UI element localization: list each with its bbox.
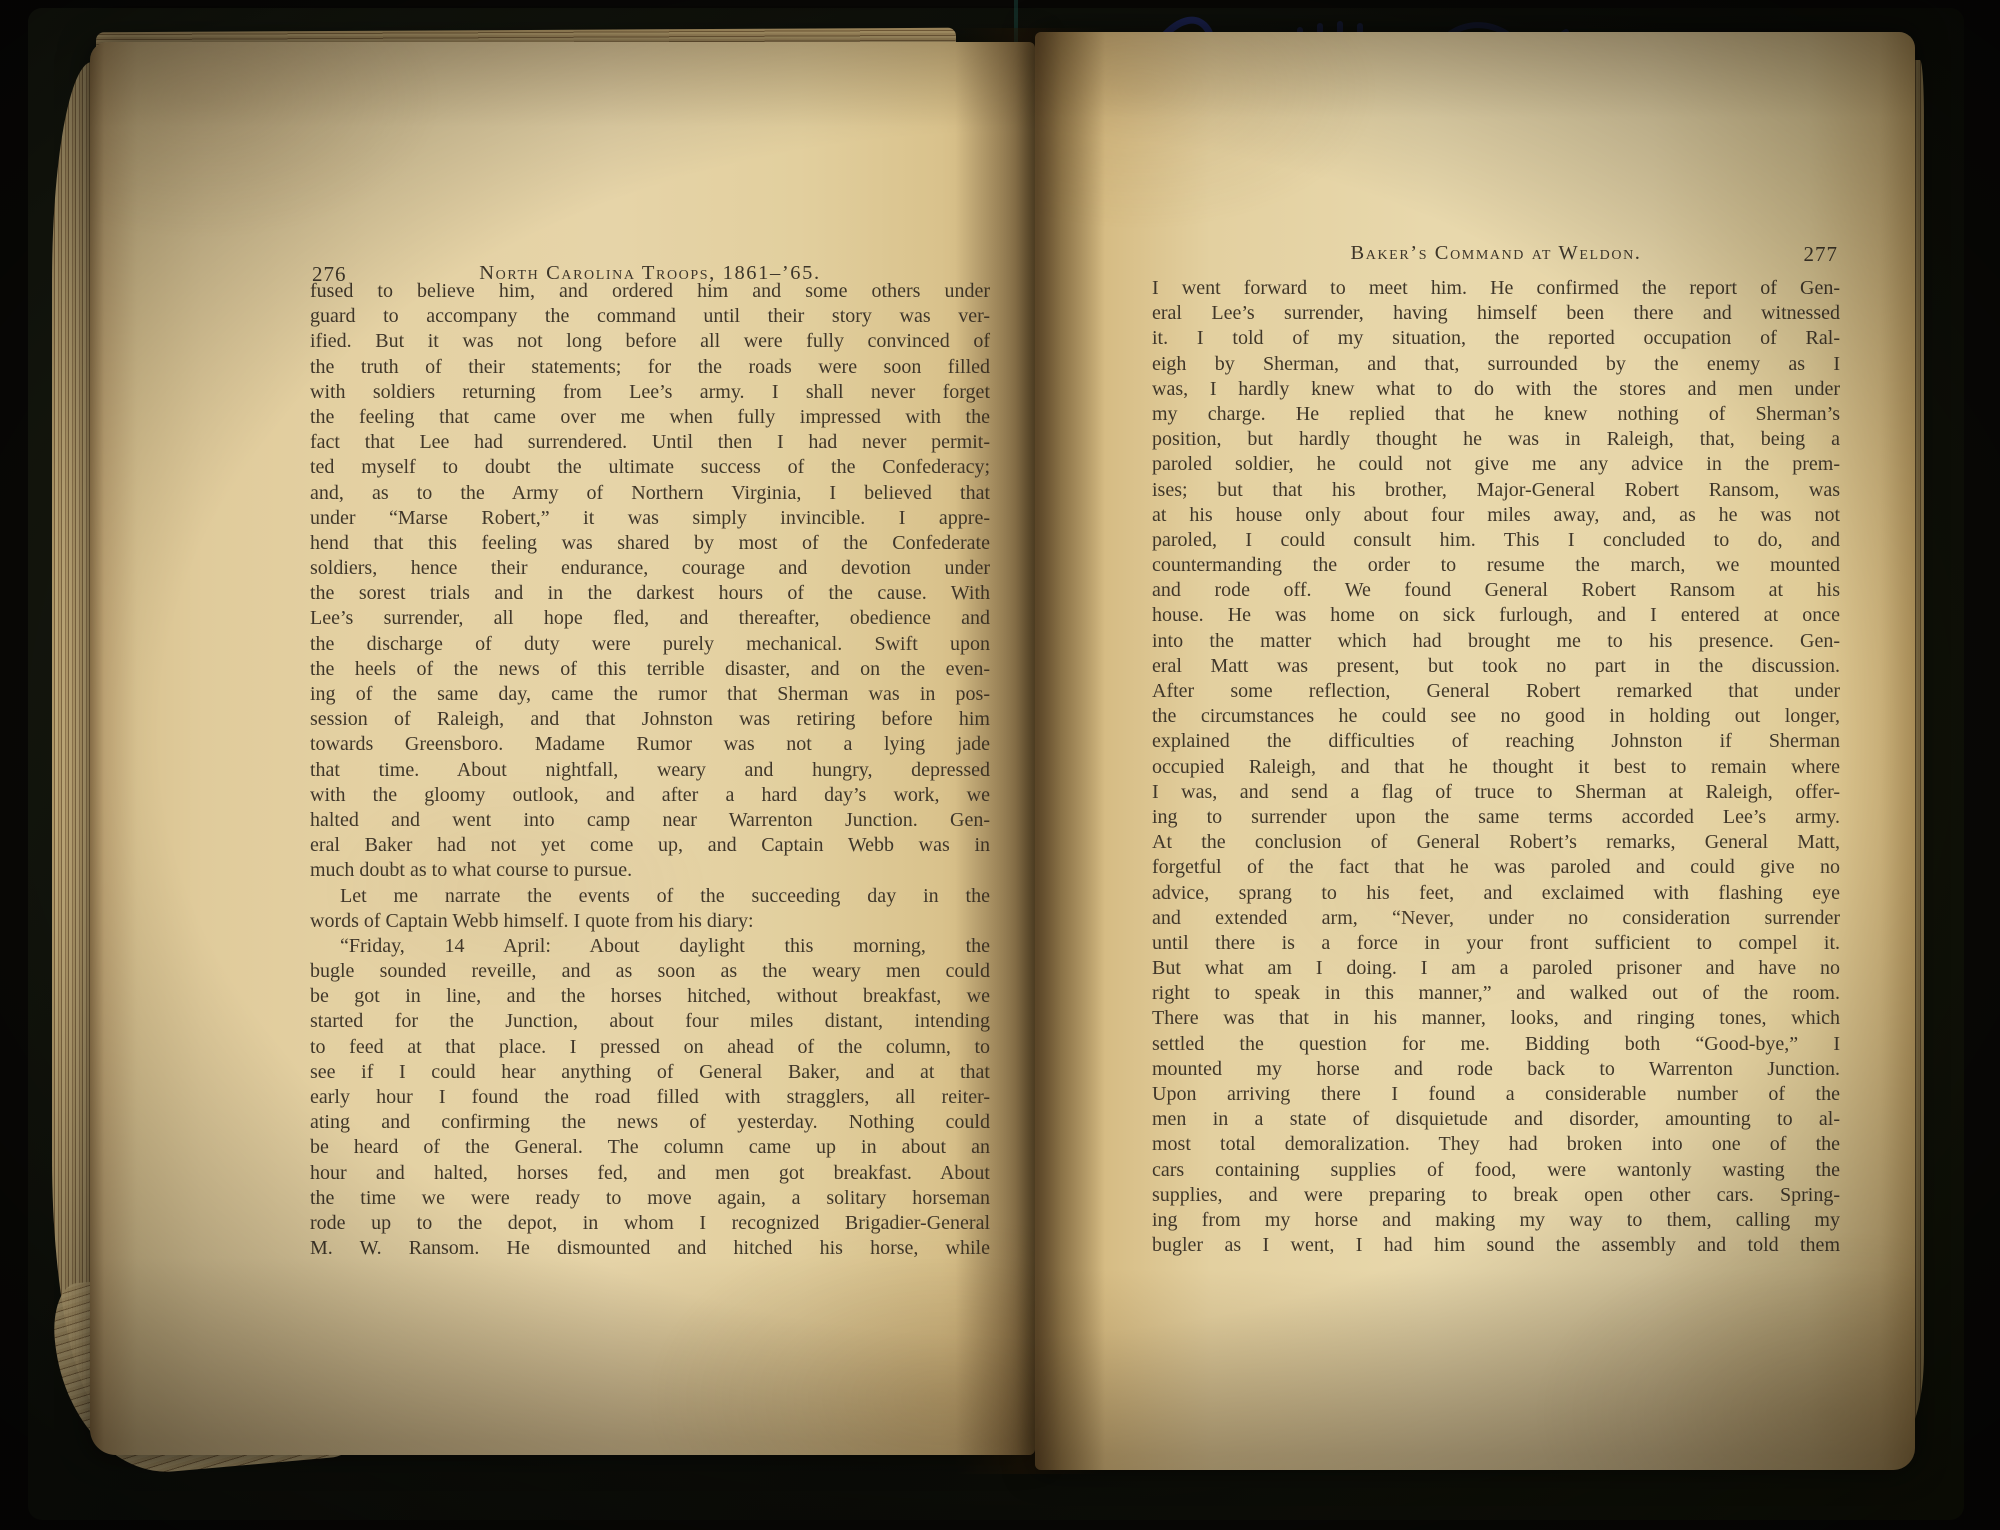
text-line: position, but hardly thought he was in R… [1152,427,1840,452]
text-line: bugler as I went, I had him sound the as… [1152,1233,1840,1258]
text-line: the sorest trials and in the darkest hou… [310,581,990,606]
text-line: I went forward to meet him. He confirmed… [1152,276,1840,301]
text-line: countermanding the order to resume the m… [1152,553,1840,578]
text-line: cars containing supplies of food, were w… [1152,1158,1840,1183]
text-line: started for the Junction, about four mil… [310,1009,990,1034]
text-line: fact that Lee had surrendered. Until the… [310,430,990,455]
text-line: eigh by Sherman, and that, surrounded by… [1152,352,1840,377]
text-line: ing from my horse and making my way to t… [1152,1208,1840,1233]
text-line: my charge. He replied that he knew nothi… [1152,402,1840,427]
text-line: the heels of the news of this terrible d… [310,657,990,682]
text-line: much doubt as to what course to pursue. [310,858,990,883]
text-line: “Friday, 14 April: About daylight this m… [310,934,990,959]
text-line: into the matter which had brought me to … [1152,629,1840,654]
text-line: and, as to the Army of Northern Virginia… [310,481,990,506]
text-line: hour and halted, horses fed, and men got… [310,1161,990,1186]
text-line: forgetful of the fact that he was parole… [1152,855,1840,880]
text-line: until there is a force in your front suf… [1152,931,1840,956]
text-line: ified. But it was not long before all we… [310,329,990,354]
text-line: bugle sounded reveille, and as soon as t… [310,959,990,984]
text-line: fused to believe him, and ordered him an… [310,279,990,304]
text-line: the feeling that came over me when fully… [310,405,990,430]
text-line: eral Matt was present, but took no part … [1152,654,1840,679]
text-line: be got in line, and the horses hitched, … [310,984,990,1009]
text-line: rode up to the depot, in whom I recogniz… [310,1211,990,1236]
text-line: and rode off. We found General Robert Ra… [1152,578,1840,603]
text-line: paroled soldier, he could not give me an… [1152,452,1840,477]
text-line: and extended arm, “Never, under no consi… [1152,906,1840,931]
text-line: be heard of the General. The column came… [310,1135,990,1160]
text-line: settled the question for me. Bidding bot… [1152,1032,1840,1057]
text-line: under “Marse Robert,” it was simply invi… [310,506,990,531]
text-line: mounted my horse and rode back to Warren… [1152,1057,1840,1082]
text-line: was, I hardly knew what to do with the s… [1152,377,1840,402]
text-line: halted and went into camp near Warrenton… [310,808,990,833]
text-line: I was, and send a flag of truce to Sherm… [1152,780,1840,805]
text-line: the circumstances he could see no good i… [1152,704,1840,729]
text-line: Lee’s surrender, all hope fled, and ther… [310,606,990,631]
text-line: early hour I found the road filled with … [310,1085,990,1110]
text-line: eral Baker had not yet come up, and Capt… [310,833,990,858]
text-line: with soldiers returning from Lee’s army.… [310,380,990,405]
text-line: M. W. Ransom. He dismounted and hitched … [310,1236,990,1261]
text-line: explained the difficulties of reaching J… [1152,729,1840,754]
page-number-277: 277 [1804,242,1839,267]
text-line: After some reflection, General Robert re… [1152,679,1840,704]
text-line: soldiers, hence their endurance, courage… [310,556,990,581]
text-line: supplies, and were preparing to break op… [1152,1183,1840,1208]
text-line: that time. About nightfall, weary and hu… [310,758,990,783]
page-right-header: Baker’s Command at Weldon. 277 [1152,242,1840,272]
text-line: house. He was home on sick furlough, and… [1152,603,1840,628]
text-line: ating and confirming the news of yesterd… [310,1110,990,1135]
text-line: ing to surrender upon the same terms acc… [1152,805,1840,830]
text-line: Upon arriving there I found a considerab… [1152,1082,1840,1107]
text-line: with the gloomy outlook, and after a har… [310,783,990,808]
text-line: at his house only about four miles away,… [1152,503,1840,528]
text-line: words of Captain Webb himself. I quote f… [310,909,990,934]
text-line: ises; but that his brother, Major-Genera… [1152,478,1840,503]
running-title-right: Baker’s Command at Weldon. [1152,242,1840,265]
text-line: the discharge of duty were purely mechan… [310,632,990,657]
text-line: advice, sprang to his feet, and exclaime… [1152,881,1840,906]
text-line: occupied Raleigh, and that he thought it… [1152,755,1840,780]
text-line: most total demoralization. They had brok… [1152,1132,1840,1157]
page-right: Baker’s Command at Weldon. 277 I went fo… [1035,32,1915,1470]
text-line: see if I could hear anything of General … [310,1060,990,1085]
text-line: guard to accompany the command until the… [310,304,990,329]
text-line: to feed at that place. I pressed on ahea… [310,1035,990,1060]
text-line: hend that this feeling was shared by mos… [310,531,990,556]
text-line: ing of the same day, came the rumor that… [310,682,990,707]
text-line: towards Greensboro. Madame Rumor was not… [310,732,990,757]
text-line: Let me narrate the events of the succeed… [310,884,990,909]
text-line: men in a state of disquietude and disord… [1152,1107,1840,1132]
spine-headband [1014,0,1018,44]
text-line: the truth of their statements; for the r… [310,355,990,380]
text-line: session of Raleigh, and that Johnston wa… [310,707,990,732]
page-left: 276 North Carolina Troops, 1861–’65. fus… [90,42,1035,1455]
text-line: the time we were ready to move again, a … [310,1186,990,1211]
text-line: ted myself to doubt the ultimate success… [310,455,990,480]
text-line: it. I told of my situation, the reported… [1152,326,1840,351]
text-line: right to speak in this manner,” and walk… [1152,981,1840,1006]
text-line: eral Lee’s surrender, having himself bee… [1152,301,1840,326]
text-line: At the conclusion of General Robert’s re… [1152,830,1840,855]
text-line: paroled, I could consult him. This I con… [1152,528,1840,553]
page-left-body: fused to believe him, and ordered him an… [310,279,990,1261]
text-line: But what am I doing. I am a paroled pris… [1152,956,1840,981]
text-line: There was that in his manner, looks, and… [1152,1006,1840,1031]
page-right-body: I went forward to meet him. He confirmed… [1152,276,1840,1258]
book-photo: 276 North Carolina Troops, 1861–’65. fus… [0,0,2000,1530]
